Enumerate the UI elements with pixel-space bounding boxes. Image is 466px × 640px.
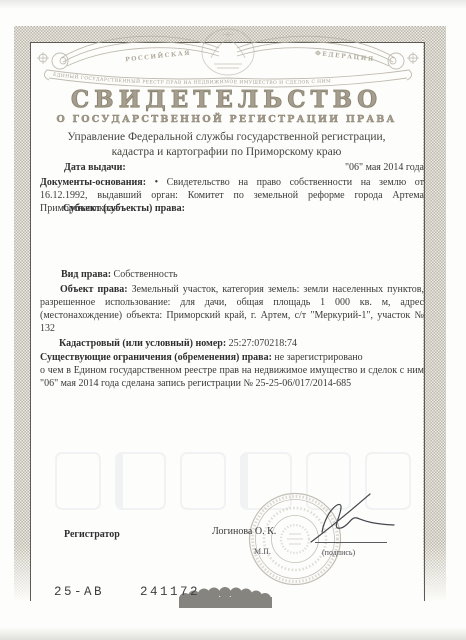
authority-line-1: Управление Федеральной службы государств… xyxy=(30,130,423,145)
authority-line-2: кадастра и картографии по Приморскому кр… xyxy=(30,145,423,160)
issue-date-row: Дата выдачи: "06" мая 2014 года xyxy=(40,161,424,174)
certificate-serial: 25-АВ 241172 xyxy=(54,585,200,599)
restrictions-label: Существующие ограничения (обременения) п… xyxy=(40,352,272,363)
watermark-glyph xyxy=(115,452,167,510)
cadastral-label: Кадастровый (или условный) номер: xyxy=(59,338,226,349)
right-type-row: Вид права: Собственность xyxy=(61,268,178,281)
seal-mark-label: М.П. xyxy=(254,545,271,558)
restrictions-row: Существующие ограничения (обременения) п… xyxy=(40,351,363,364)
cadastral-value: 25:27:070218:74 xyxy=(229,338,297,349)
border-band-left xyxy=(14,26,30,602)
watermark-glyph xyxy=(55,452,101,510)
issuing-authority: Управление Федеральной службы государств… xyxy=(30,130,423,159)
right-type-value: Собственность xyxy=(114,269,178,280)
registry-note: о чем в Едином государственном реестре п… xyxy=(40,364,424,390)
double-eagle-icon xyxy=(202,29,254,75)
signature-caption: (подпись) xyxy=(322,546,355,559)
state-emblem-banner: РОССИЙСКАЯ ФЕДЕРАЦИЯ ЕДИНЫЙ ГОСУДАРСТВЕН… xyxy=(33,28,423,88)
scan-top-shadow xyxy=(0,0,466,9)
certificate-scan-page: РОССИЙСКАЯ ФЕДЕРАЦИЯ ЕДИНЫЙ ГОСУДАРСТВЕН… xyxy=(0,0,466,640)
border-band-right xyxy=(423,26,446,602)
subject-label: Субъект (субъекты) права: xyxy=(63,202,185,215)
scan-bottom-shadow xyxy=(0,627,466,640)
signature-icon xyxy=(306,492,398,544)
registrar-label: Регистратор xyxy=(64,528,120,541)
restrictions-value: не зарегистрировано xyxy=(274,352,362,363)
certificate-title: СВИДЕТЕЛЬСТВО xyxy=(30,86,423,113)
registrar-name: Логинова О. К. xyxy=(212,525,276,538)
watermark-glyph xyxy=(180,452,226,510)
signature-line xyxy=(315,542,387,543)
right-type-label: Вид права: xyxy=(61,269,111,280)
cadastral-row: Кадастровый (или условный) номер: 25:27:… xyxy=(59,337,297,350)
object-label: Объект права: xyxy=(60,284,128,295)
serial-series: 25-АВ xyxy=(54,585,104,599)
object-paragraph: Объект права: Земельный участок, категор… xyxy=(40,283,424,335)
documents-basis-label: Документы-основания: xyxy=(40,177,146,188)
country-left-text: РОССИЙСКАЯ xyxy=(125,49,192,64)
issue-date-value: "06" мая 2014 года xyxy=(345,161,424,174)
serial-number: 241172 xyxy=(140,585,200,599)
issue-date-label: Дата выдачи: xyxy=(64,161,126,174)
certificate-subtitle: О ГОСУДАРСТВЕННОЙ РЕГИСТРАЦИИ ПРАВА xyxy=(30,114,423,125)
